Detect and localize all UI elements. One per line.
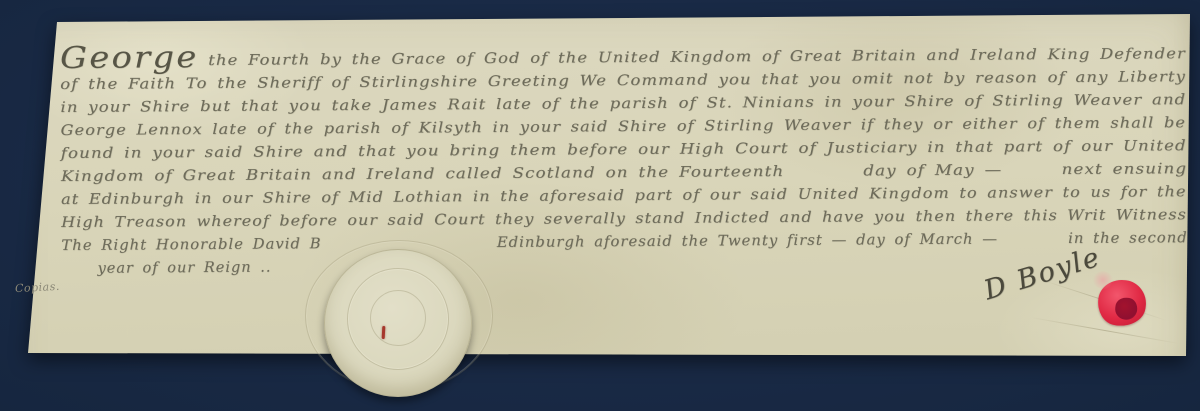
line-text: the Fourth by the Grace of God of the Un… <box>199 46 1186 69</box>
document-text: George the Fourth by the Grace of God of… <box>60 37 1190 281</box>
opening-word: George <box>60 40 199 76</box>
seal-emboss-ring <box>370 290 426 346</box>
margin-note: Copias. <box>15 280 60 295</box>
wax-seal-blob <box>1114 296 1139 321</box>
photo-stage: George the Fourth by the Grace of God of… <box>0 0 1200 411</box>
handwritten-line: year of our Reign .. <box>61 257 271 281</box>
